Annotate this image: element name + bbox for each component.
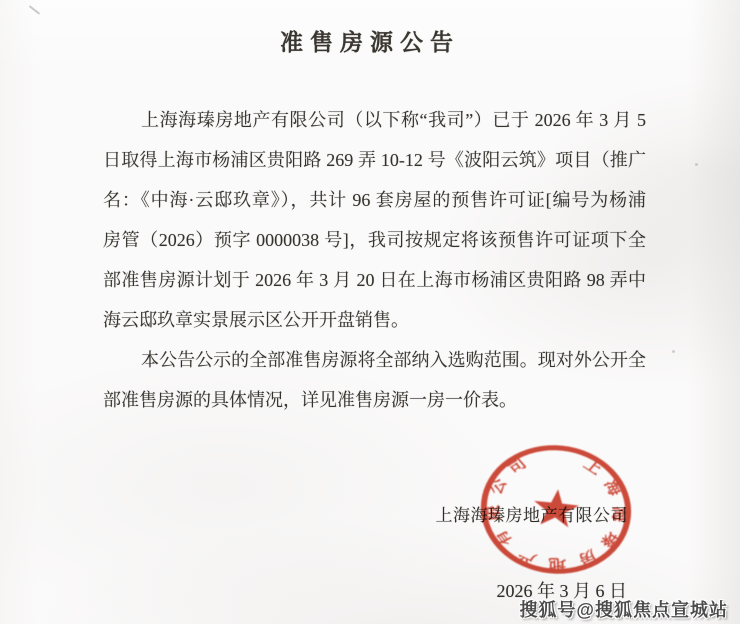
- scan-artifact-speck: [672, 350, 675, 353]
- scan-artifact-speck: [695, 163, 698, 166]
- company-seal: 上海海瑧房地产有限公司: [464, 429, 648, 591]
- paragraph-line: 部准售房源的具体情况，详见准售房源一房一价表。: [103, 380, 646, 420]
- paragraph-line: 本公告公示的全部准售房源将全部纳入选购范围。现对外公开全: [103, 340, 646, 380]
- paragraph-line: 上海海瑧房地产有限公司（以下称“我司”）已于 2026 年 3 月 5: [103, 100, 646, 140]
- paragraph-line: 部准售房源计划于 2026 年 3 月 20 日在上海市杨浦区贵阳路 98 弄中: [103, 260, 646, 300]
- document-body: 上海海瑧房地产有限公司（以下称“我司”）已于 2026 年 3 月 5 日取得上…: [103, 100, 646, 420]
- scan-artifact-mark: [29, 5, 40, 15]
- paragraph-line: 日取得上海市杨浦区贵阳路 269 弄 10-12 号《波阳云筑》项目（推广: [103, 140, 646, 180]
- paragraph-line: 名：《中海·云邸玖章》），共计 96 套房屋的预售许可证[编号为杨浦: [103, 180, 646, 220]
- paragraph-line: 海云邸玖章实景展示区公开开盘销售。: [103, 300, 646, 340]
- page-title: 准售房源公告: [0, 24, 740, 57]
- watermark-text: 搜狐号@搜狐焦点宣城站: [519, 596, 728, 622]
- paragraph-line: 房管（2026）预字 0000038 号]，我司按规定将该预售许可证项下全: [103, 220, 646, 260]
- star-icon: [532, 487, 581, 528]
